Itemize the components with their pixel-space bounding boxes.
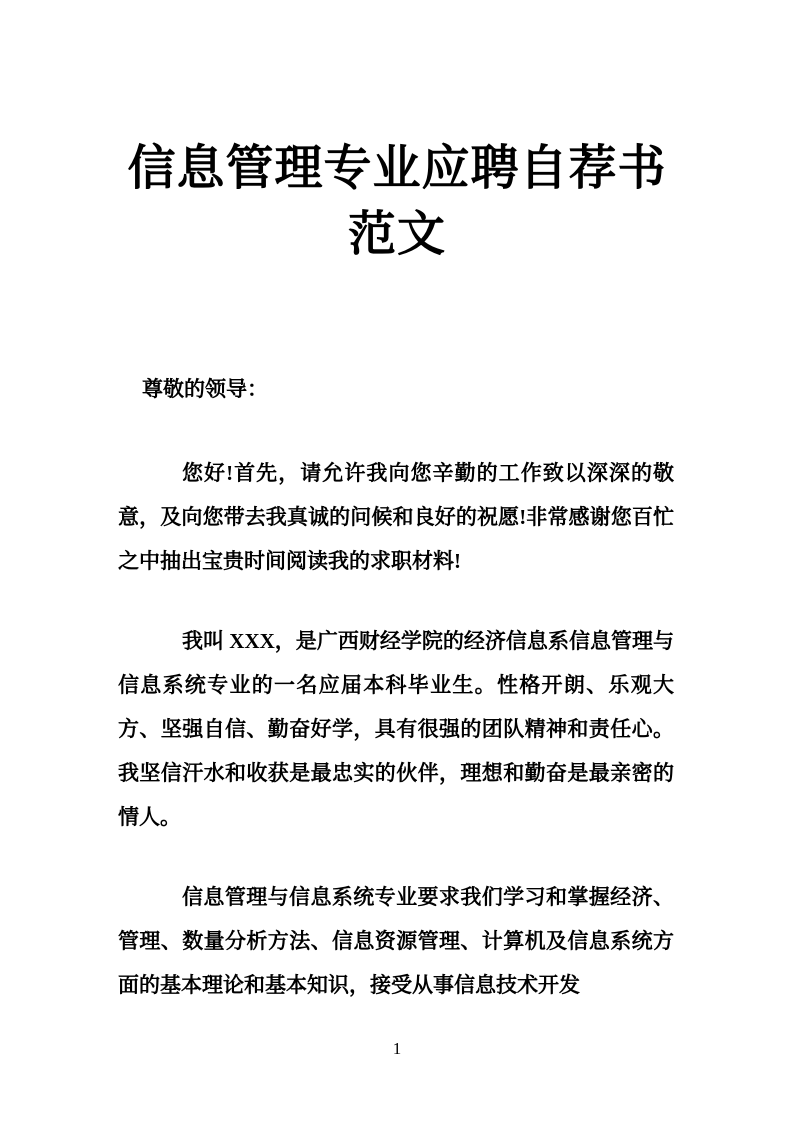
document-page: 信息管理专业应聘自荐书 范文 尊敬的领导： 您好!首先，请允许我向您辛勤的工作致… [0,0,794,1123]
salutation: 尊敬的领导： [142,367,674,411]
document-title-line-2: 范文 [0,202,794,268]
page-number: 1 [0,1038,794,1060]
paragraph-greeting: 您好!首先，请允许我向您辛勤的工作致以深深的敬意，及向您带去我真诚的问候和良好的… [118,451,674,583]
paragraph-major-description: 信息管理与信息系统专业要求我们学习和掌握经济、管理、数量分析方法、信息资源管理、… [118,875,674,1007]
document-title: 信息管理专业应聘自荐书 范文 [0,136,794,268]
paragraph-self-introduction: 我叫 XXX，是广西财经学院的经济信息系信息管理与信息系统专业的一名应届本科毕业… [118,619,674,839]
document-title-line-1: 信息管理专业应聘自荐书 [0,136,794,202]
